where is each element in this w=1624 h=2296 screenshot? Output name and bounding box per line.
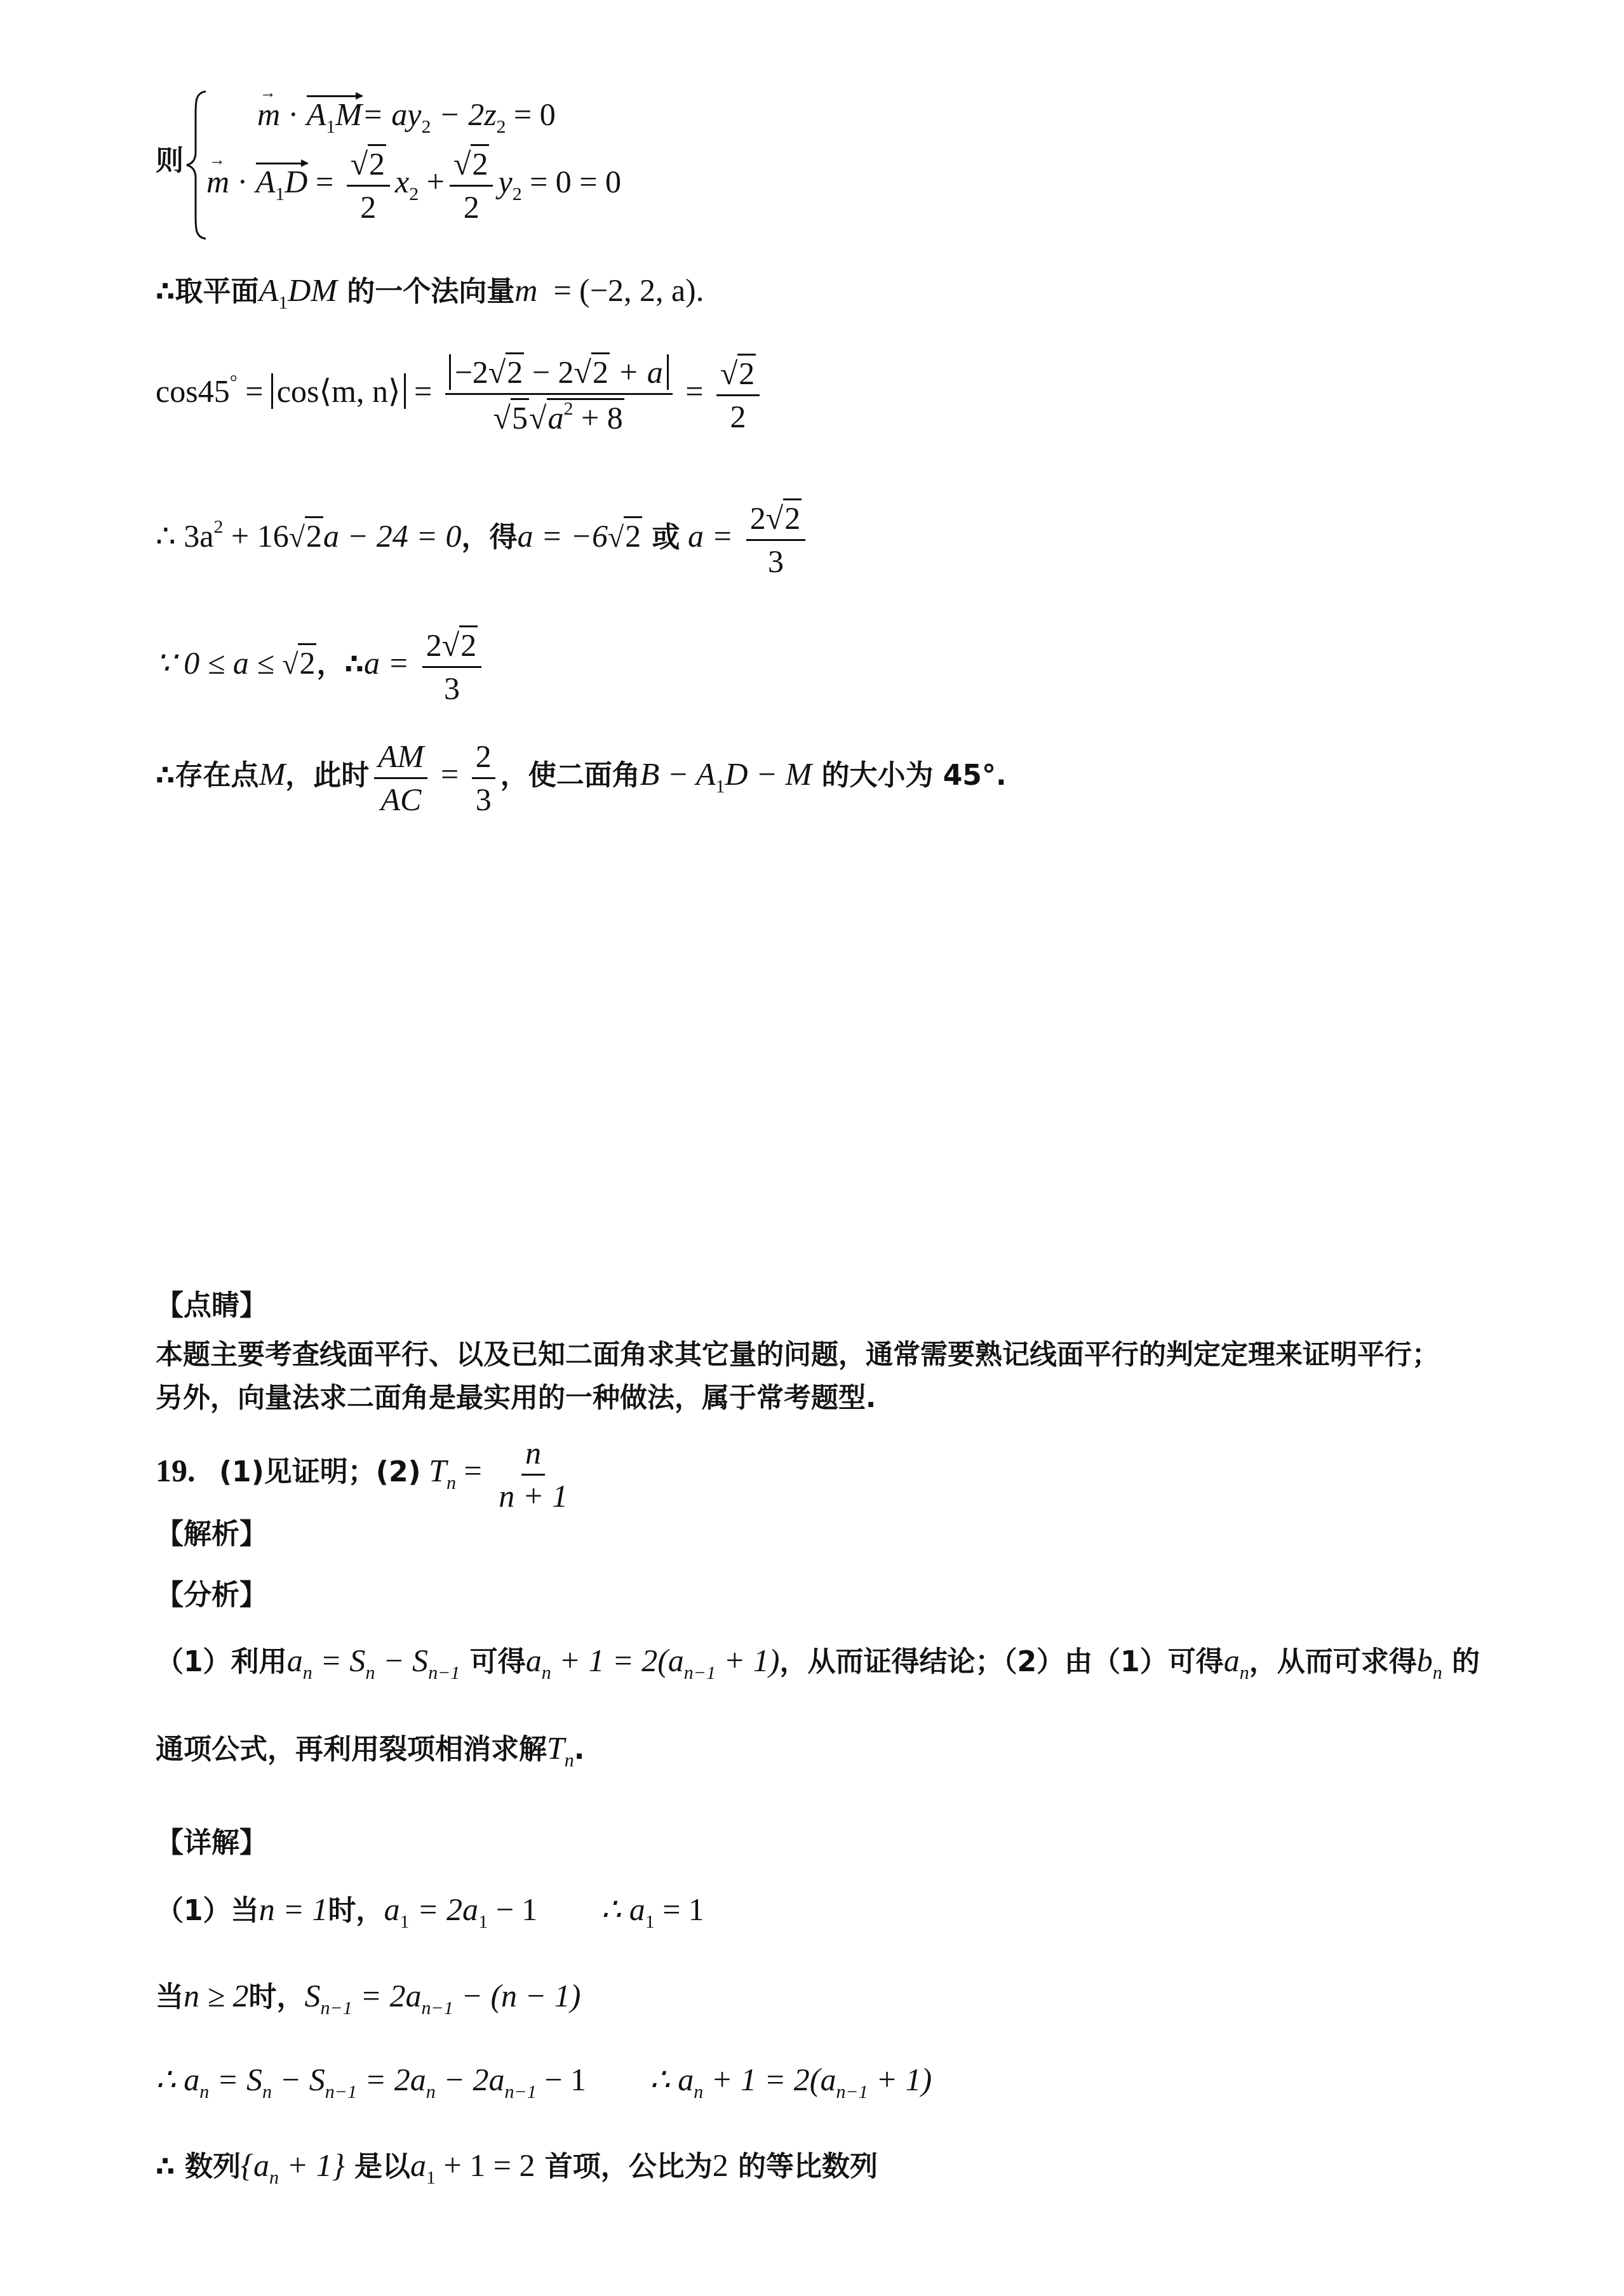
detail-step-4: ∴ 数列{an + 1} 是以a1 + 1 = 2 首项，公比为2 的等比数列 bbox=[156, 2149, 878, 2187]
range-line: ∵ 0 ≤ a ≤ √2，∴a = 2√23 bbox=[156, 629, 487, 705]
comment-line-2: 另外，向量法求二面角是最实用的一种做法，属于常考题型. bbox=[156, 1377, 876, 1415]
detail-heading: 【详解】 bbox=[156, 1820, 267, 1860]
fenxi-line-1: （1）利用an = Sn − Sn−1 可得an + 1 = 2(an−1 + … bbox=[156, 1645, 1480, 1683]
left-brace-icon bbox=[184, 89, 210, 241]
document-page: 则 m · A1M= ay2 − 2z2 = 0 m · A1D = √22x2… bbox=[0, 0, 1624, 2296]
detail-step-1: （1）当n = 1时，a1 = 2a1 − 1 ∴ a1 = 1 bbox=[156, 1893, 704, 1932]
quadratic-equation-line: ∴ 3a2 + 16√2a − 24 = 0，得a = −6√2 或 a = 2… bbox=[156, 502, 810, 578]
equation-m-dot-a1m: m · A1M= ay2 − 2z2 = 0 bbox=[257, 95, 556, 137]
q19-answer-line: 19. (1)见证明；(2) Tn = nn + 1 bbox=[156, 1436, 577, 1512]
conclusion-line: ∴存在点M，此时AMAC = 23，使二面角B − A1D − M 的大小为 4… bbox=[156, 740, 1007, 816]
comment-heading: 【点睛】 bbox=[156, 1283, 267, 1323]
fenxi-line-2: 通项公式，再利用裂项相消求解Tn. bbox=[156, 1732, 585, 1770]
equation-m-dot-a1d: m · A1D = √22x2 +√22y2 = 0 = 0 bbox=[206, 147, 621, 224]
detail-step-2: 当n ≥ 2时，Sn−1 = 2an−1 − (n − 1) bbox=[156, 1980, 580, 2018]
comment-line-1: 本题主要考查线面平行、以及已知二面角求其它量的问题，通常需要熟记线面平行的判定定… bbox=[156, 1333, 1439, 1372]
detail-step-3: ∴ an = Sn − Sn−1 = 2an − 2an−1 − 1 ∴ an … bbox=[156, 2064, 932, 2102]
cosine-equation: cos45° = cos⟨m, n⟩ = −2√2 − 2√2 + a √5√a… bbox=[156, 356, 765, 434]
then-label: 则 bbox=[156, 147, 184, 175]
analysis-heading: 【解析】 bbox=[156, 1511, 267, 1552]
fenxi-heading: 【分析】 bbox=[156, 1572, 267, 1613]
normal-vector-line: ∴取平面A1DM 的一个法向量m = (−2, 2, a). bbox=[156, 274, 704, 312]
